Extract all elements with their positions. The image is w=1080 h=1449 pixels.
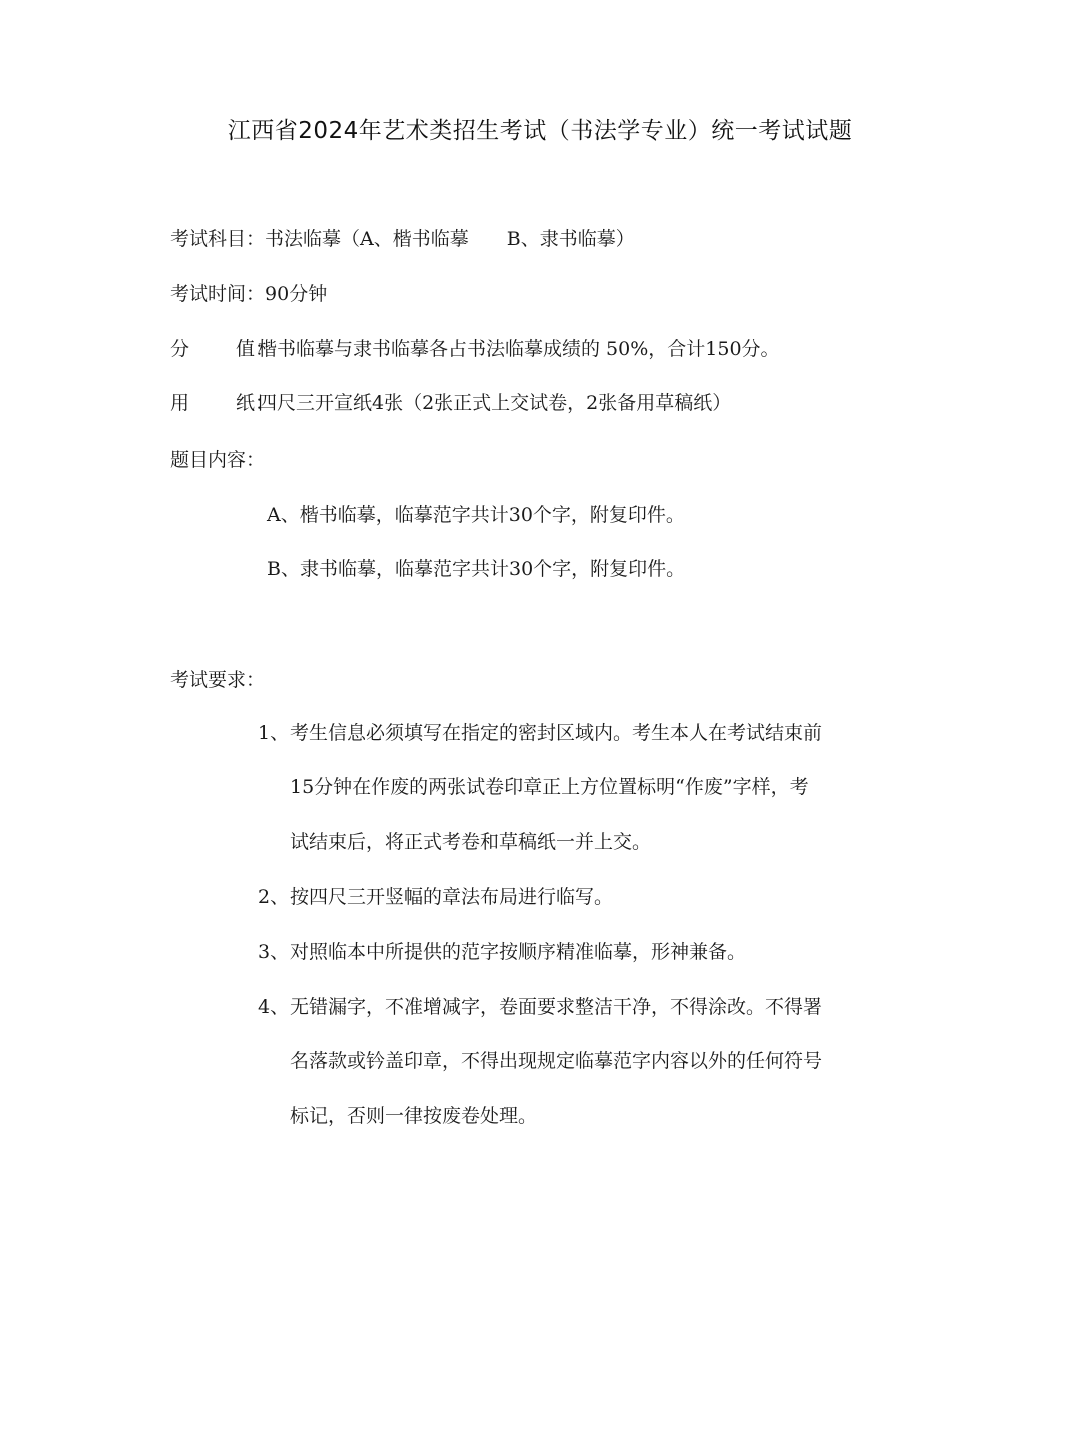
exam-subject-value: 书法临摹（A、楷书临摹 B、隶书临摹） [265,228,635,250]
exam-subject-row: 考试科目：书法临摹（A、楷书临摹 B、隶书临摹） [170,225,635,253]
document-title: 江西省2024年艺术类招生考试（书法学专业）统一考试试题 [0,112,1080,145]
content-item-b: B、隶书临摹，临摹范字共计30个字，附复印件。 [267,554,685,581]
content-item-a: A、楷书临摹，临摹范字共计30个字，附复印件。 [267,500,685,527]
content-item-b-name: 隶书临摹 [300,558,376,580]
requirement-2-number: 2、 [258,882,290,909]
exam-time-value: 90分钟 [265,283,327,305]
exam-subject-label: 考试科目： [170,225,265,253]
content-item-a-name: 楷书临摹 [300,504,376,526]
paper-label: 用纸： [170,389,258,417]
requirement-3: 3、对照临本中所提供的范字按顺序精准临摹，形神兼备。 [258,937,908,964]
requirement-1-number: 1、 [258,718,290,745]
requirement-4: 4、无错漏字，不准增减字，卷面要求整洁干净，不得涂改。不得署 [258,992,908,1019]
score-value: 楷书临摹与隶书临摹各占书法临摹成绩的 50%，合计150分。 [258,338,780,360]
requirement-1-line-3: 试结束后，将正式考卷和草稿纸一并上交。 [290,827,651,854]
content-heading: 题目内容： [170,445,265,472]
requirement-1-line-2: 15分钟在作废的两张试卷印章正上方位置标明“作废”字样，考 [290,772,809,799]
paper-value: 四尺三开宣纸4张（2张正式上交试卷，2张备用草稿纸） [258,392,731,414]
score-row: 分值：楷书临摹与隶书临摹各占书法临摹成绩的 50%，合计150分。 [170,335,780,363]
requirement-4-number: 4、 [258,992,290,1019]
paper-row: 用纸：四尺三开宣纸4张（2张正式上交试卷，2张备用草稿纸） [170,389,731,417]
exam-time-label: 考试时间： [170,280,265,308]
requirement-2: 2、按四尺三开竖幅的章法布局进行临写。 [258,882,908,909]
requirement-3-number: 3、 [258,937,290,964]
requirement-4-line-2: 名落款或钤盖印章，不得出现规定临摹范字内容以外的任何符号 [290,1046,822,1073]
exam-time-row: 考试时间：90分钟 [170,280,327,308]
requirements-heading: 考试要求： [170,665,265,692]
requirement-4-line-3: 标记，否则一律按废卷处理。 [290,1101,537,1128]
score-label: 分值： [170,335,258,363]
requirement-1: 1、考生信息必须填写在指定的密封区域内。考生本人在考试结束前 [258,718,908,745]
exam-document-page: 江西省2024年艺术类招生考试（书法学专业）统一考试试题 考试科目：书法临摹（A… [0,0,1080,1449]
